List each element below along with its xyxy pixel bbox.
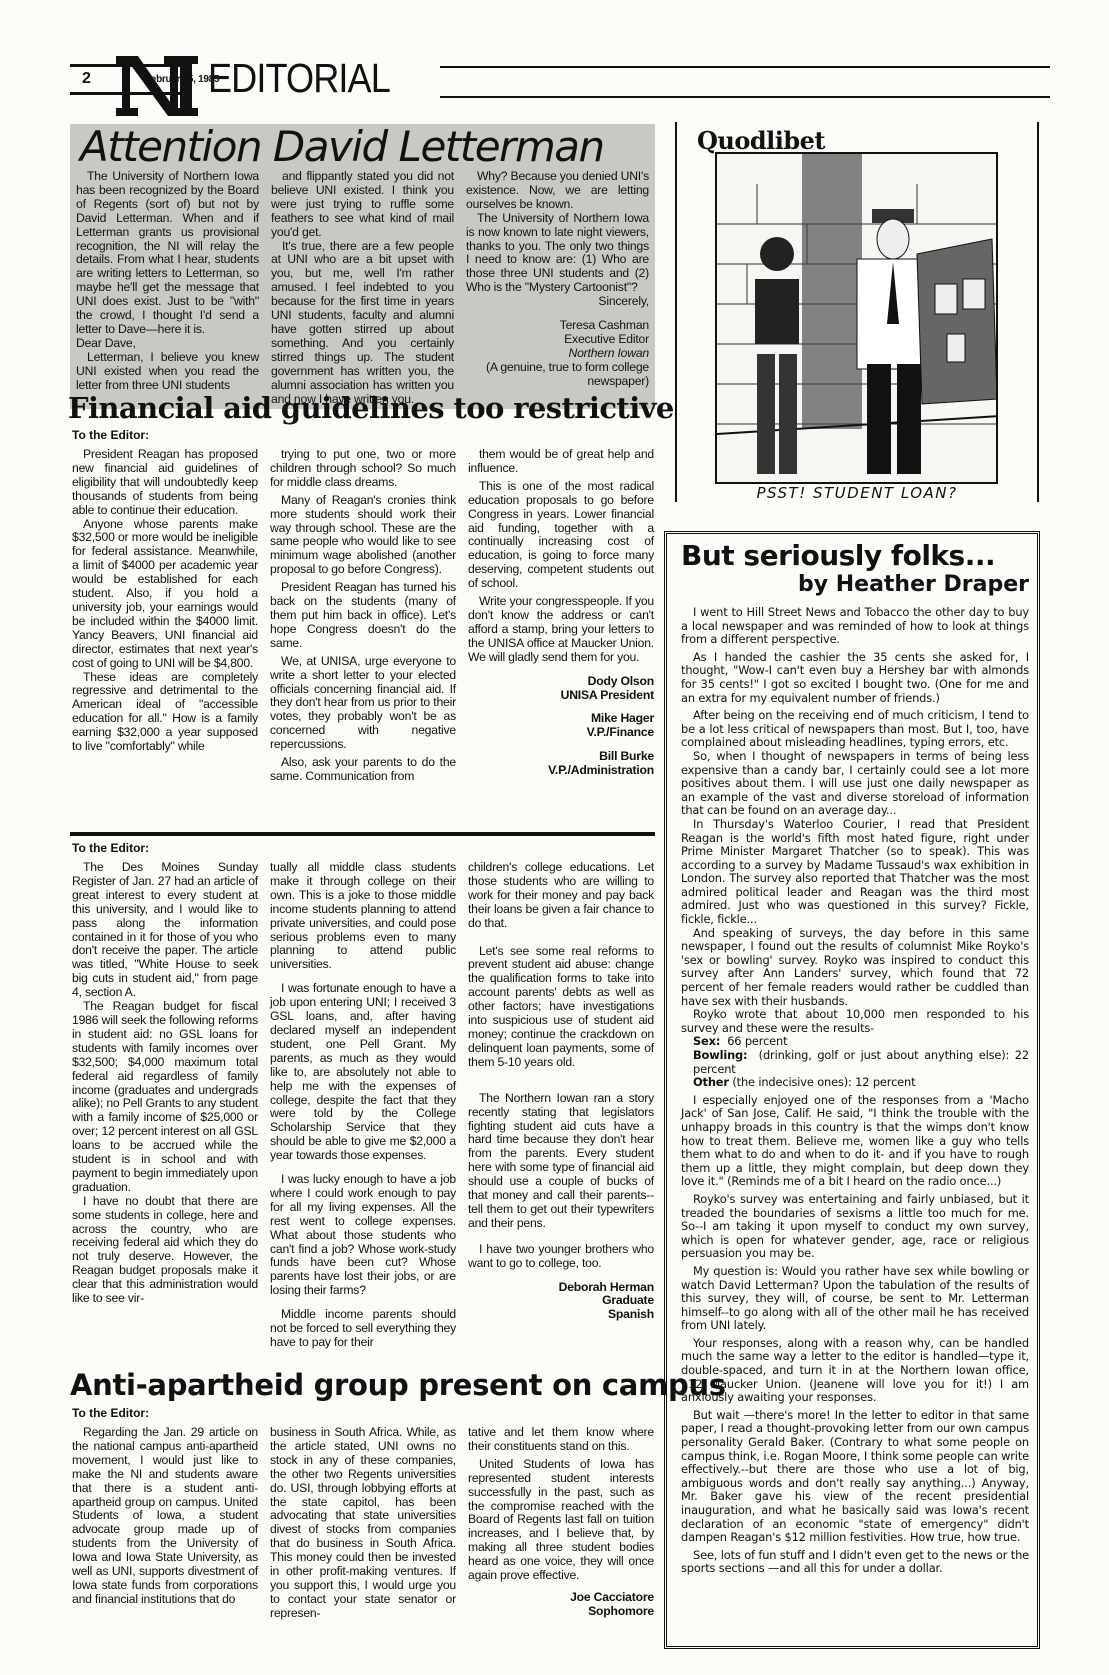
paragraph: The Reagan budget for fiscal 1986 will s… — [72, 1000, 258, 1195]
signature-name: Deborah Herman — [468, 1281, 654, 1295]
paragraph: I especially enjoyed one of the response… — [681, 1094, 1029, 1189]
paragraph: As I handed the cashier the 35 cents she… — [681, 651, 1029, 705]
paragraph: The University of Northern Iowa has been… — [76, 170, 259, 337]
anti-apartheid-letter: To the Editor: Regarding the Jan. 29 art… — [72, 1406, 654, 1621]
paragraph: tative and let them know where their con… — [468, 1426, 654, 1454]
paragraph: In Thursday's Waterloo Courier, I read t… — [681, 818, 1029, 927]
signature-name: Teresa Cashman — [466, 319, 649, 333]
letterman-editorial: Attention David Letterman The University… — [70, 124, 655, 409]
signature-title: UNISA President — [468, 689, 654, 703]
paragraph: We, at UNISA, urge everyone to write a s… — [270, 655, 456, 752]
paragraph: Let's see some real reforms to prevent s… — [468, 945, 654, 1070]
paragraph: Anyone whose parents make $32,500 or mor… — [72, 518, 258, 671]
paragraph: I have two younger brothers who want to … — [468, 1243, 654, 1271]
headline: Financial aid guidelines too restrictive — [68, 391, 674, 425]
cartoon-caption: PSST! STUDENT LOAN? — [677, 484, 1037, 502]
quodlibet-cartoon: Quodlibet — [675, 122, 1039, 502]
paragraph: Letterman, I believe you knew UNI existe… — [76, 351, 259, 393]
paragraph: The Northern Iowan ran a story recently … — [468, 1092, 654, 1231]
paragraph: The Des Moines Sunday Register of Jan. 2… — [72, 861, 258, 1000]
paragraph: After being on the receiving end of much… — [681, 709, 1029, 750]
salutation: To the Editor: — [72, 428, 654, 442]
paragraph: and flippantly stated you did not believ… — [271, 170, 454, 240]
paragraph: Many of Reagan's cronies think more stud… — [270, 494, 456, 577]
column-3: Why? Because you denied UNI's existence.… — [466, 170, 649, 406]
paragraph: But wait —there's more! In the letter to… — [681, 1409, 1029, 1545]
paragraph: I went to Hill Street News and Tobacco t… — [681, 606, 1029, 647]
section-title: EDITORIAL — [208, 55, 390, 102]
signature-title: Executive Editor — [466, 333, 649, 347]
paragraph: business in South Africa. While, as the … — [270, 1426, 456, 1621]
paragraph: Royko wrote that about 10,000 men respon… — [681, 1008, 1029, 1035]
salutation: Dear Dave, — [76, 337, 259, 351]
survey-result-other: Other (the indecisive ones): 12 percent — [681, 1076, 1029, 1090]
column-1: President Reagan has proposed new financ… — [72, 448, 258, 784]
paragraph: Middle income parents should not be forc… — [270, 1308, 456, 1350]
paragraph: President Reagan has proposed new financ… — [72, 448, 258, 518]
column-1: The University of Northern Iowa has been… — [76, 170, 259, 406]
column-2: business in South Africa. While, as the … — [270, 1426, 456, 1621]
paragraph: them would be of great help and influenc… — [468, 448, 654, 476]
student-aid-letter: To the Editor: The Des Moines Sunday Reg… — [72, 841, 654, 1350]
column-1: Regarding the Jan. 29 article on the nat… — [72, 1426, 258, 1621]
paragraph: President Reagan has turned his back on … — [270, 581, 456, 651]
column-2: and flippantly stated you did not believ… — [271, 170, 454, 406]
paragraph: Royko's survey was entertaining and fair… — [681, 1193, 1029, 1261]
salutation: To the Editor: — [72, 841, 654, 855]
page-number: 2 — [82, 70, 91, 88]
paragraph: The University of Northern Iowa is now k… — [466, 212, 649, 295]
headline: Attention David Letterman — [80, 124, 649, 170]
paragraph: I was fortunate enough to have a job upo… — [270, 982, 456, 1163]
paragraph: It's true, there are a few people at UNI… — [271, 240, 454, 407]
paragraph: This is one of the most radical educatio… — [468, 480, 654, 591]
masthead: 2 February 5, 1985 EDITORIAL — [70, 50, 1040, 118]
paragraph: Your responses, along with a reason why,… — [681, 1337, 1029, 1405]
column-3: children's college educations. Let those… — [468, 861, 654, 1350]
signature-department: Spanish — [468, 1308, 654, 1322]
column-but-seriously-folks: But seriously folks... by Heather Draper… — [664, 531, 1040, 1649]
paragraph: Also, ask your parents to do the same. C… — [270, 756, 456, 784]
column-3: them would be of great help and influenc… — [468, 448, 654, 784]
cartoon-illustration-icon — [717, 154, 998, 484]
paragraph: I have no doubt that there are some stud… — [72, 1195, 258, 1306]
cartoon-image — [715, 152, 998, 484]
paragraph: See, lots of fun stuff and I didn't even… — [681, 1549, 1029, 1576]
feature-title: Quodlibet — [697, 126, 825, 155]
byline: by Heather Draper — [681, 572, 1029, 598]
paragraph: tually all middle class students make it… — [270, 861, 456, 972]
signature-note: (A genuine, true to form college newspap… — [466, 361, 649, 389]
paragraph: Write your congresspeople. If you don't … — [468, 595, 654, 665]
masthead-double-rule — [440, 66, 1050, 98]
paragraph: I was lucky enough to have a job where I… — [270, 1173, 456, 1298]
signature-title: V.P./Finance — [468, 726, 654, 740]
signature-paper: Northern Iowan — [466, 347, 649, 361]
paragraph: children's college educations. Let those… — [468, 861, 654, 931]
signature-name: Mike Hager — [468, 712, 654, 726]
paragraph: My question is: Would you rather have se… — [681, 1265, 1029, 1333]
column-headline: But seriously folks... — [681, 540, 1029, 572]
section-divider — [70, 832, 655, 836]
paragraph: United Students of Iowa has represented … — [468, 1458, 654, 1583]
signature-title: Sophomore — [468, 1605, 654, 1619]
column-1: The Des Moines Sunday Register of Jan. 2… — [72, 861, 258, 1350]
paragraph: trying to put one, two or more children … — [270, 448, 456, 490]
paragraph: Regarding the Jan. 29 article on the nat… — [72, 1426, 258, 1607]
column-2: trying to put one, two or more children … — [270, 448, 456, 784]
signature-name: Bill Burke — [468, 750, 654, 764]
headline: Anti-apartheid group present on campus — [70, 1368, 726, 1402]
financial-aid-letter: To the Editor: President Reagan has prop… — [72, 428, 654, 784]
salutation: To the Editor: — [72, 1406, 654, 1420]
signature-title: V.P./Administration — [468, 764, 654, 778]
column-3: tative and let them know where their con… — [468, 1426, 654, 1621]
paragraph: Why? Because you denied UNI's existence.… — [466, 170, 649, 212]
signature-name: Joe Cacciatore — [468, 1591, 654, 1605]
survey-result-bowling: Bowling: (drinking, golf or just about a… — [681, 1049, 1029, 1076]
signature-title: Graduate — [468, 1294, 654, 1308]
column-2: tually all middle class students make it… — [270, 861, 456, 1350]
paragraph: So, when I thought of newspapers in term… — [681, 750, 1029, 818]
paragraph: These ideas are completely regressive an… — [72, 671, 258, 754]
closing: Sincerely, — [466, 295, 649, 309]
signature-name: Dody Olson — [468, 675, 654, 689]
column-body: I went to Hill Street News and Tobacco t… — [681, 606, 1029, 1576]
survey-result-sex: Sex: 66 percent — [681, 1035, 1029, 1049]
paragraph: And speaking of surveys, the day before … — [681, 927, 1029, 1009]
